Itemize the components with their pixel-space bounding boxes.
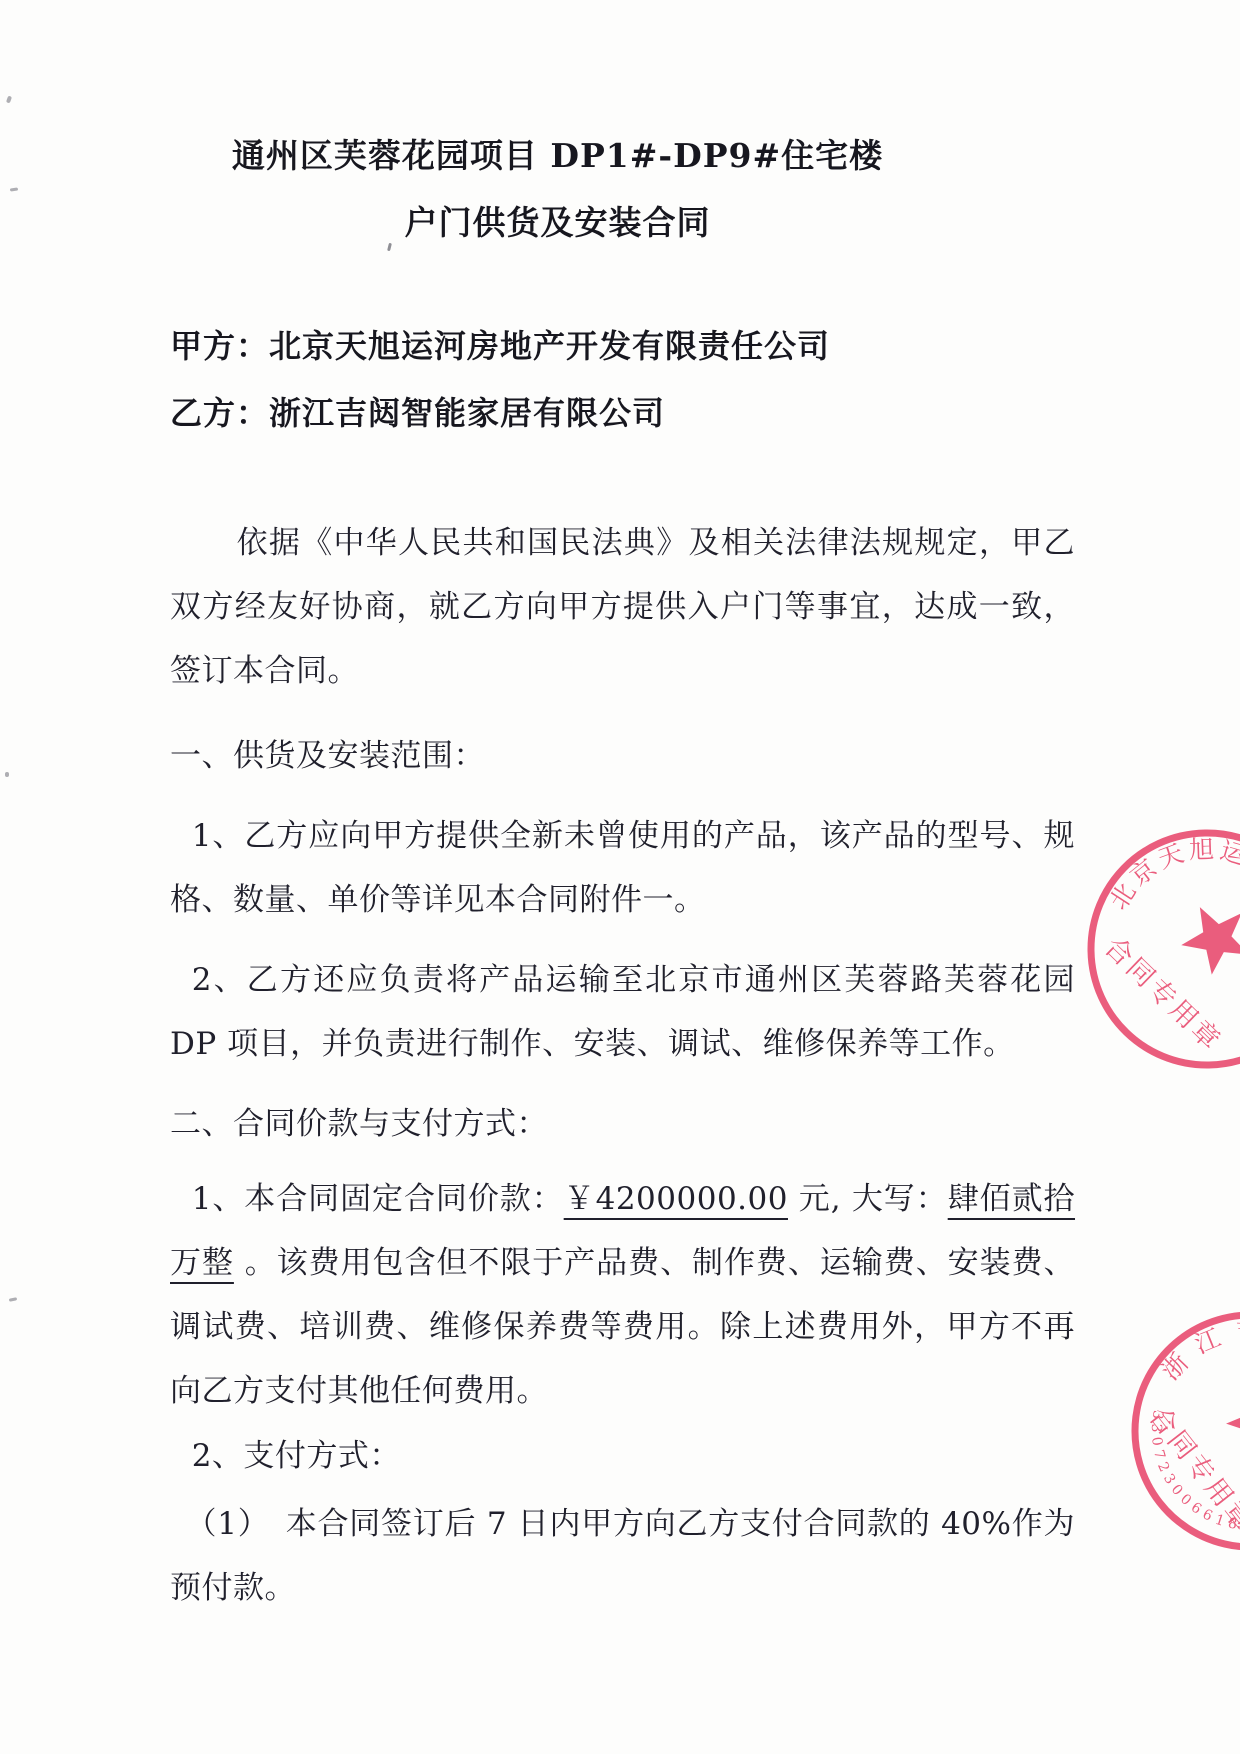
section-1-clause-1: 1、乙方应向甲方提供全新未曾使用的产品，该产品的型号、规格、数量、单价等详见本合… [170, 804, 1075, 932]
star-icon [1172, 889, 1240, 983]
star-icon [1218, 1373, 1240, 1467]
company-seal-party-b: 浙江吉闼智能家居有限公司 合同专用章 3307230066188 [1121, 1301, 1240, 1565]
seal-company-name: 浙江吉闼智能家居有限公司 [1153, 1301, 1240, 1543]
scan-artifact [10, 187, 18, 191]
section-1-heading: 一、供货及安装范围： [170, 724, 1075, 788]
scan-artifact [5, 772, 9, 777]
document-title: 通州区芙蓉花园项目 DP1#-DP9#住宅楼 户门供货及安装合同 [170, 122, 1075, 256]
seal-outer-ring [1121, 1301, 1240, 1561]
section-2-price-clause: 1、本合同固定合同价款：￥4200000.00 元, 大写：肆佰贰拾万整 。该费… [170, 1167, 1075, 1423]
seal-label: 合同专用章 [1143, 1401, 1240, 1538]
seal-label: 合同专用章 [1098, 931, 1227, 1057]
title-line-1: 通州区芙蓉花园项目 DP1#-DP9#住宅楼 [170, 122, 945, 189]
seal-serial-number: 3307230066188 [1121, 1399, 1240, 1560]
preamble-paragraph: 依据《中华人民共和国民法典》及相关法律法规规定，甲乙双方经友好协商，就乙方向甲方… [170, 511, 1075, 703]
scan-artifact [6, 96, 12, 104]
section-1-clause-2: 2、乙方还应负责将产品运输至北京市通州区芙蓉路芙蓉花园 DP 项目，并负责进行制… [170, 948, 1075, 1076]
price-clause-mid: 元, 大写： [788, 1181, 948, 1217]
seal-b-graphic: 浙江吉闼智能家居有限公司 合同专用章 3307230066188 [1121, 1301, 1240, 1561]
seal-a-graphic: 北京天旭运河房地产开发有限责任公司 合同专用章 [1077, 819, 1240, 1079]
payment-method-heading: 2、支付方式： [170, 1424, 1075, 1488]
title-line-2: 户门供货及安装合同 [170, 189, 945, 256]
seal-outer-ring [1077, 819, 1240, 1079]
company-seal-party-a: 北京天旭运河房地产开发有限责任公司 合同专用章 [1077, 819, 1240, 1083]
party-b-line: 乙方：浙江吉闼智能家居有限公司 [170, 381, 1075, 445]
contract-body: 通州区芙蓉花园项目 DP1#-DP9#住宅楼 户门供货及安装合同 甲方：北京天旭… [170, 0, 1075, 1620]
section-2-heading: 二、合同价款与支付方式： [170, 1092, 1075, 1156]
contract-scan-page: 通州区芙蓉花园项目 DP1#-DP9#住宅楼 户门供货及安装合同 甲方：北京天旭… [0, 0, 1240, 1754]
scan-artifact [9, 1297, 17, 1302]
price-clause-prefix: 1、本合同固定合同价款： [192, 1181, 564, 1217]
seal-company-name: 北京天旭运河房地产开发有限责任公司 [1099, 819, 1240, 1055]
payment-item-1: （1） 本合同签订后 7 日内甲方向乙方支付合同款的 40%作为预付款。 [170, 1492, 1075, 1620]
party-a-line: 甲方：北京天旭运河房地产开发有限责任公司 [170, 314, 1075, 378]
contract-amount-numeric: ￥4200000.00 [564, 1181, 788, 1217]
price-clause-suffix: 。该费用包含但不限于产品费、制作费、运输费、安装费、调试费、培训费、维修保养费等… [170, 1245, 1075, 1409]
